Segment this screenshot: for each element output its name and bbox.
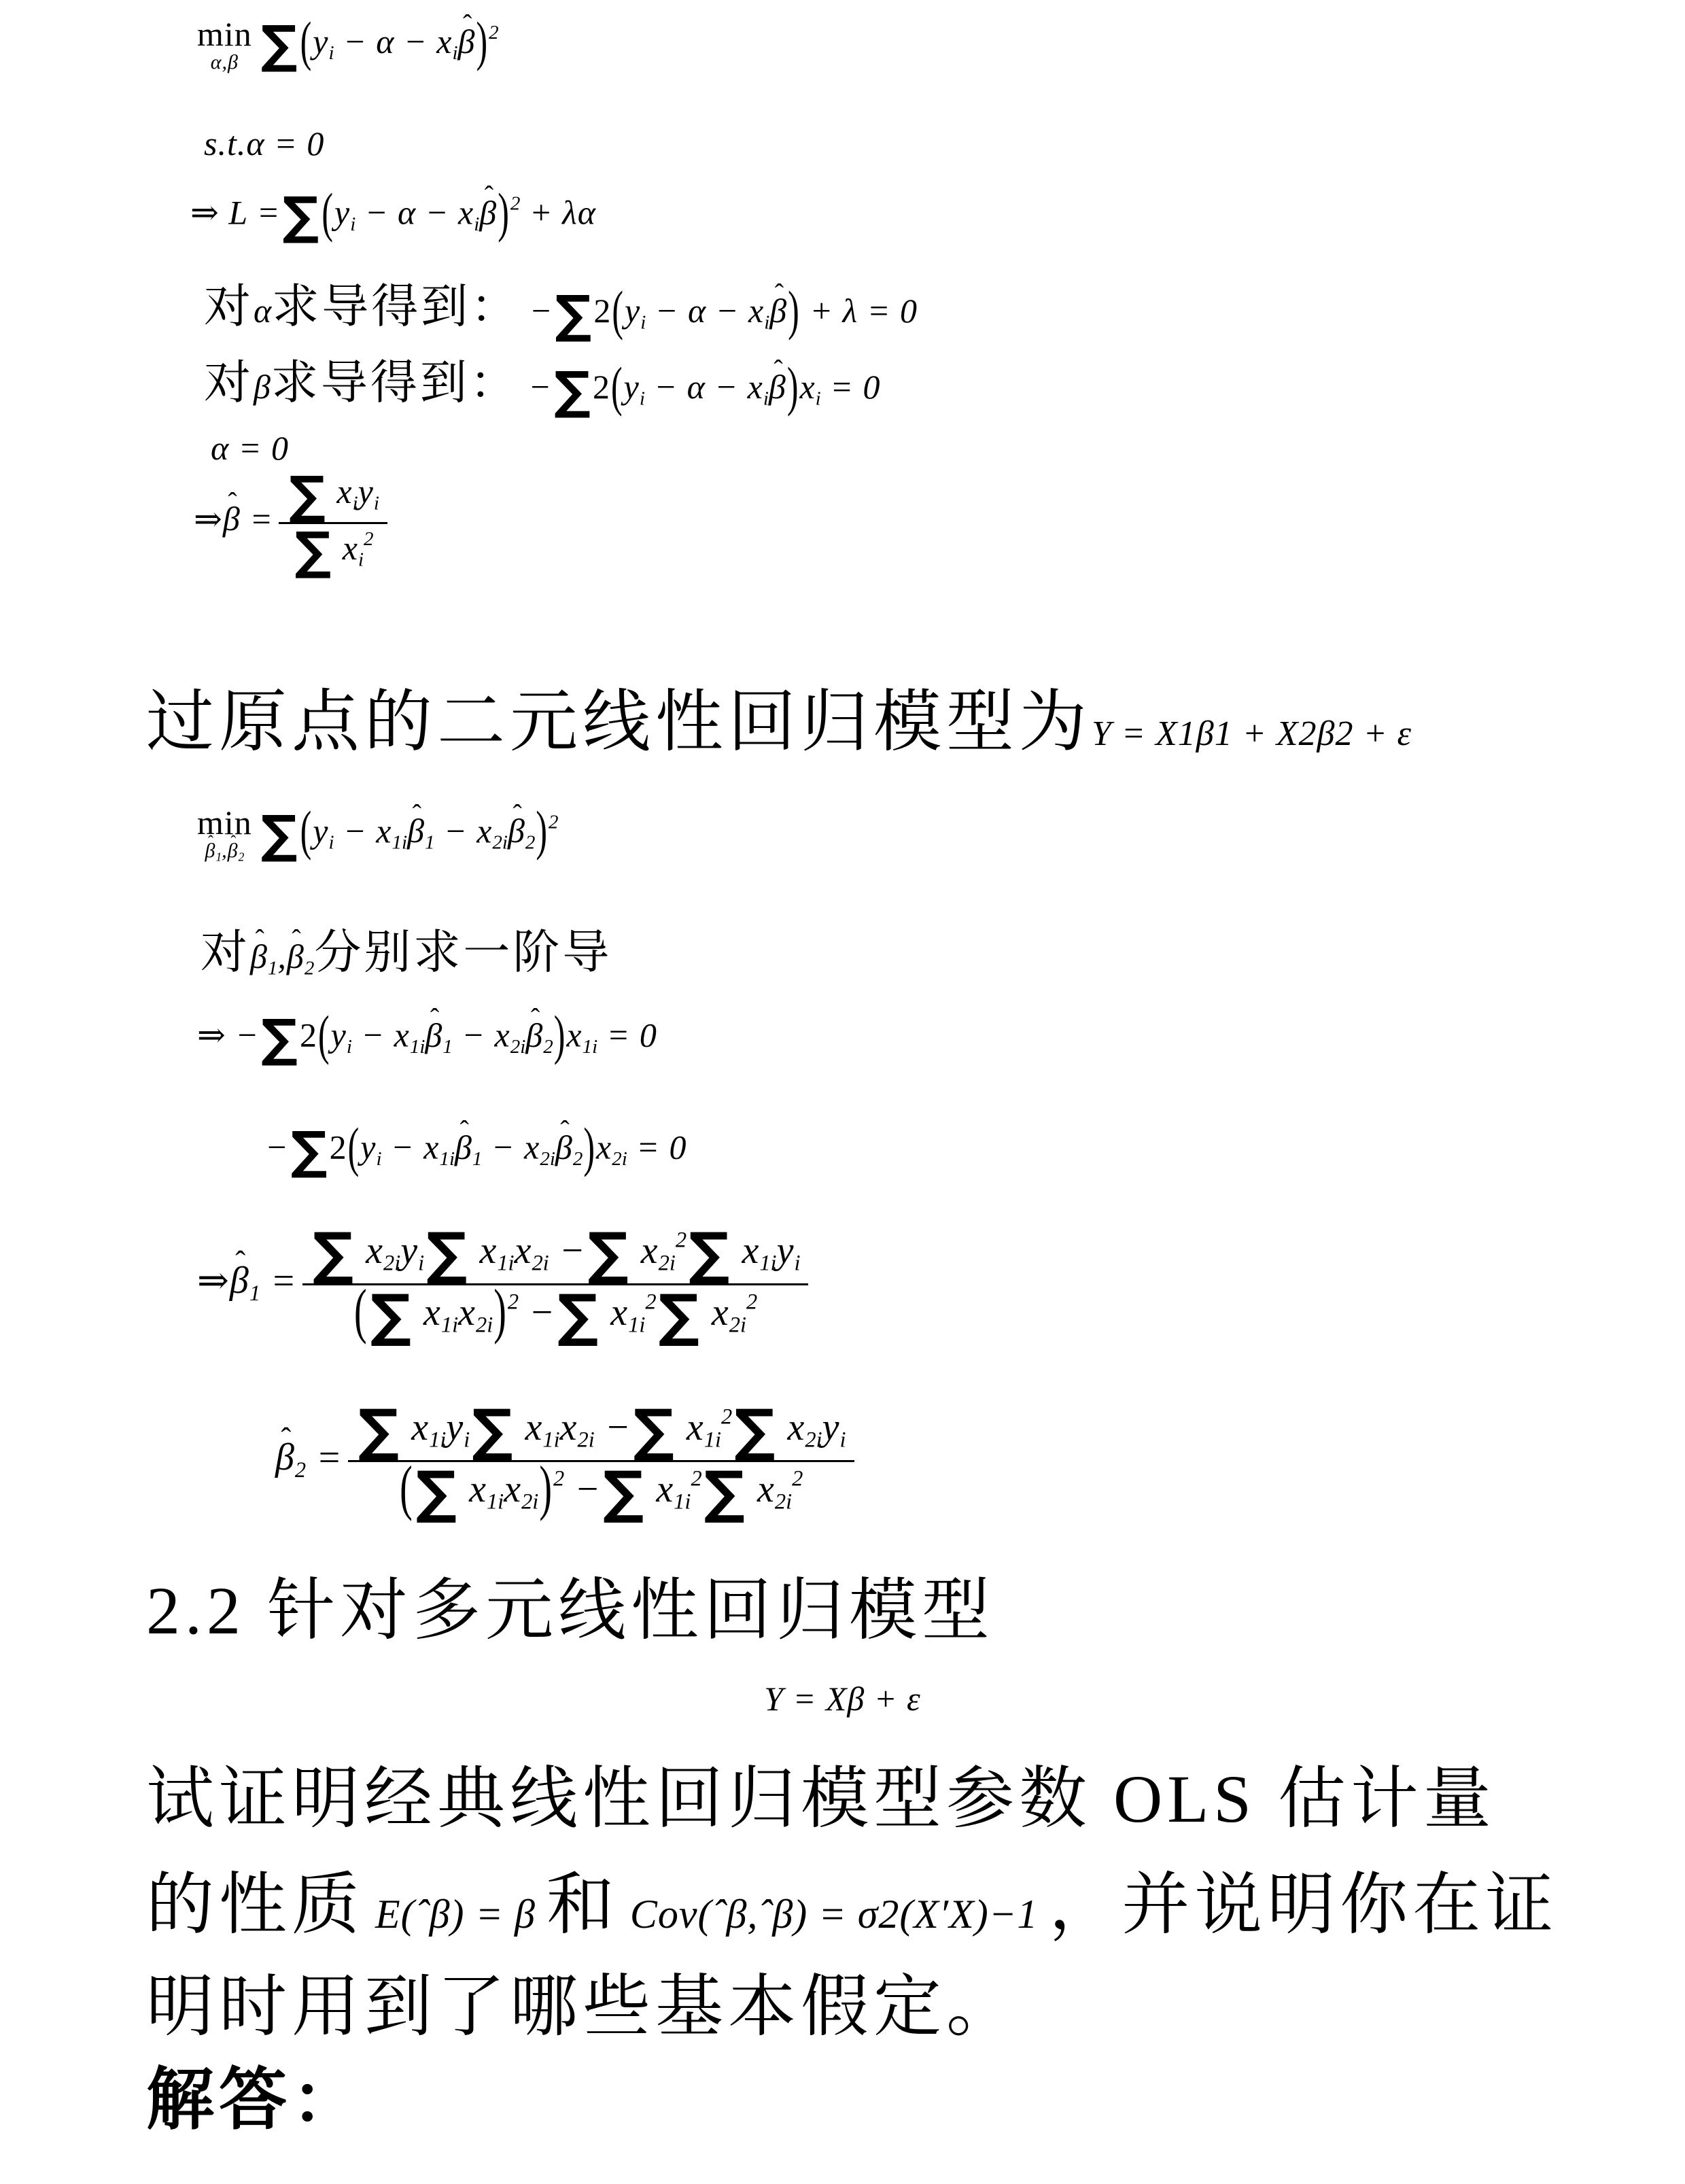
- formula-deriv-note: 对ˆβ1,ˆβ2分别求一阶导: [201, 923, 612, 982]
- paragraph-line-2-and: 和: [546, 1867, 619, 1943]
- paragraph-line-1-text: 试证明经典线性回归模型参数 OLS 估计量: [146, 1761, 1496, 1837]
- paragraph-line-3-text: 明时用到了哪些基本假定。: [146, 1969, 1019, 2045]
- answer-label: 解答：: [146, 2063, 364, 2138]
- paragraph-line-2-suffix: ，并说明你在证: [1049, 1867, 1558, 1943]
- paragraph-line-3: 明时用到了哪些基本假定。: [146, 1970, 1019, 2045]
- formula-lagrangian: ⇒ L =∑(yi − α − xiˆβ)2 + λα: [190, 190, 596, 241]
- formula-matrix-model: Y = Xβ + ε: [0, 1678, 1685, 1720]
- formula-beta-hat: ⇒ˆβ =∑ xiyi∑ xi2: [194, 468, 393, 578]
- heading-section-2-2-text: 2.2 针对多元线性回归模型: [146, 1573, 994, 1648]
- formula-min-constrained: minα,β∑(yi − α − xiˆβ)2: [197, 17, 499, 73]
- formula-deriv-beta: 对β求导得到： −∑2(yi − α − xiˆβ)xi = 0: [204, 353, 880, 416]
- heading-origin-model: 过原点的二元线性回归模型为Y = X1β1 + X2β2 + ε: [146, 685, 1412, 760]
- formula-beta2-hat: ˆβ2 =∑ x1iyi∑ x1ix2i −∑ x1i2∑ x2iyi(∑ x1…: [275, 1400, 860, 1522]
- paragraph-line-2: 的性质E(ˆβ) = β和Cov(ˆβ,ˆβ) = σ2(X′X)−1，并说明你…: [146, 1868, 1558, 1943]
- heading-section-2-2: 2.2 针对多元线性回归模型: [146, 1574, 994, 1648]
- formula-two-var-model: Y = X1β1 + X2β2 + ε: [1092, 714, 1412, 753]
- paragraph-line-2-prefix: 的性质: [146, 1867, 364, 1943]
- formula-foc1: ⇒ −∑2(yi − x1iˆβ1 − x2iˆβ2)x1i = 0: [197, 1013, 657, 1064]
- formula-cov-beta: Cov(ˆβ,ˆβ) = σ2(X′X)−1: [630, 1892, 1038, 1937]
- formula-e-beta: E(ˆβ) = β: [375, 1892, 536, 1937]
- document-page: minα,β∑(yi − α − xiˆβ)2 s.t.α = 0 ⇒ L =∑…: [0, 0, 1685, 2184]
- formula-beta1-hat: ⇒ˆβ1 =∑ x2iyi∑ x1ix2i −∑ x2i2∑ x1iyi(∑ x…: [197, 1224, 814, 1345]
- formula-foc2: −∑2(yi − x1iˆβ1 − x2iˆβ2)x2i = 0: [265, 1125, 687, 1176]
- formula-min-two-var: minˆβ1,ˆβ2∑(yi − x1iˆβ1 − x2iˆβ2)2: [197, 805, 559, 864]
- formula-alpha-zero: α = 0: [211, 427, 289, 470]
- heading-origin-model-text: 过原点的二元线性回归模型为: [146, 684, 1092, 760]
- paragraph-line-1: 试证明经典线性回归模型参数 OLS 估计量: [146, 1762, 1496, 1837]
- answer-label-text: 解答：: [146, 2062, 364, 2138]
- formula-subject-to: s.t.α = 0: [204, 122, 324, 165]
- formula-deriv-alpha: 对α求导得到： −∑2(yi − α − xiˆβ) + λ = 0: [204, 277, 918, 340]
